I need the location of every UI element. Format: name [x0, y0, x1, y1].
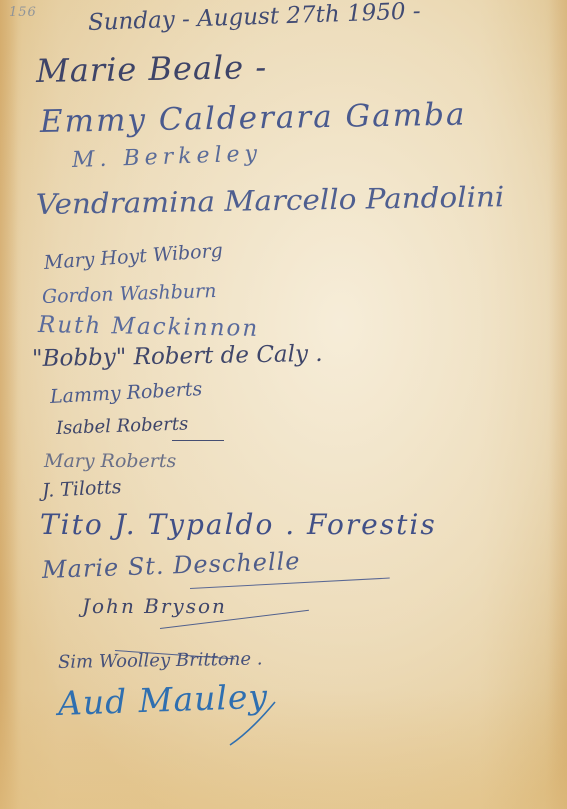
- signature-gordon-washburn: Gordon Washburn: [42, 280, 217, 308]
- page-number: 156: [9, 5, 37, 20]
- signature-j-tilotts: J. Tilotts: [41, 476, 122, 502]
- date-line: Sunday - August 27th 1950 -: [88, 0, 421, 36]
- signature-flourish-aud-mauley: [200, 690, 280, 750]
- signature-sim-woolley-brittone: Sim Woolley Brittone .: [58, 648, 263, 673]
- signature-isabel-roberts: Isabel Roberts: [56, 413, 189, 439]
- signature-underline-isabel: [172, 440, 224, 441]
- signature-marie-st-deschelle: Marie St. Deschelle: [42, 547, 301, 584]
- signature-bobby-robert-de-caly: "Bobby" Robert de Caly .: [32, 341, 323, 372]
- right-page-edge-shadow: [549, 0, 567, 809]
- signature-tito-typaldo-forestis: Tito J. Typaldo . Forestis: [40, 508, 437, 541]
- signature-mary-hoyt-wiborg: Mary Hoyt Wiborg: [43, 240, 223, 274]
- signature-vendramina-marcello-pandolini: Vendramina Marcello Pandolini: [36, 180, 505, 221]
- signature-underline-marie: [190, 578, 390, 589]
- signature-john-bryson: John Bryson: [82, 594, 227, 618]
- signature-marie-beale: Marie Beale -: [36, 48, 268, 90]
- autograph-book-page: 156 Sunday - August 27th 1950 - Marie Be…: [0, 0, 567, 809]
- signature-mary-roberts: Mary Roberts: [44, 450, 176, 472]
- signature-m-berkeley: M. Berkeley: [72, 141, 263, 173]
- signature-ruth-mackinnon: Ruth Mackinnon: [38, 312, 260, 342]
- left-page-edge-shadow: [0, 0, 18, 809]
- signature-emmy-calderara-gamba: Emmy Calderara Gamba: [40, 97, 467, 140]
- signature-lammy-roberts: Lammy Roberts: [49, 378, 202, 408]
